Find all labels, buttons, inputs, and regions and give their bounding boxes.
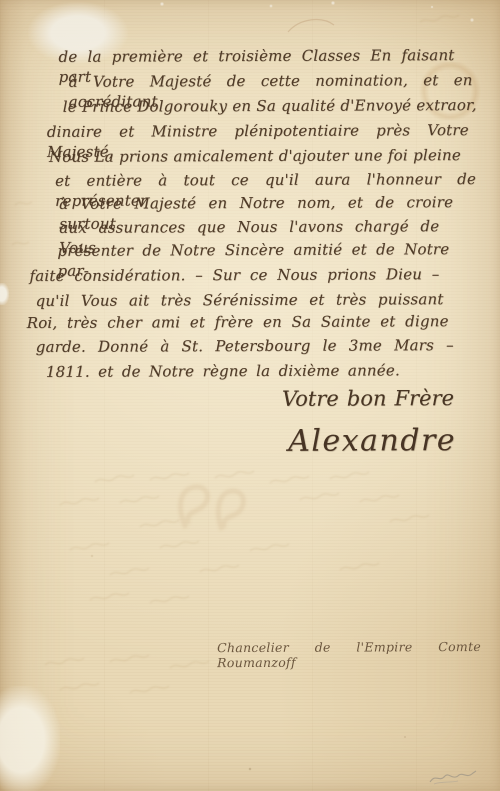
letter-line-10: faite considération. – Sur ce Nous prion…	[29, 264, 439, 286]
letter-body: de la première et troisième Classes En f…	[0, 0, 500, 791]
countersignature-chancellor: Chancelier de l'Empire Comte Roumanzoff	[217, 639, 481, 670]
letter-closing: Votre bon Frère	[282, 386, 454, 411]
letter-line-3: le Prince Dolgorouky en Sa qualité d'Env…	[63, 95, 477, 117]
letter-line-11: qu'il Vous ait très Sérénissime et très …	[36, 289, 444, 311]
letter-line-13: garde. Donné à St. Petersbourg le 3me Ma…	[36, 335, 454, 357]
pencil-notation-mark	[428, 769, 478, 787]
manuscript-letter-page: de la première et troisième Classes En f…	[0, 0, 500, 791]
letter-line-12: Roi, très cher ami et frère en Sa Sainte…	[27, 311, 449, 333]
letter-line-14: 1811. et de Notre règne la dixième année…	[46, 360, 400, 382]
letter-line-5: Nous La prions amicalement d'ajouter une…	[49, 145, 461, 167]
signature-alexandre: Alexandre	[288, 423, 448, 459]
